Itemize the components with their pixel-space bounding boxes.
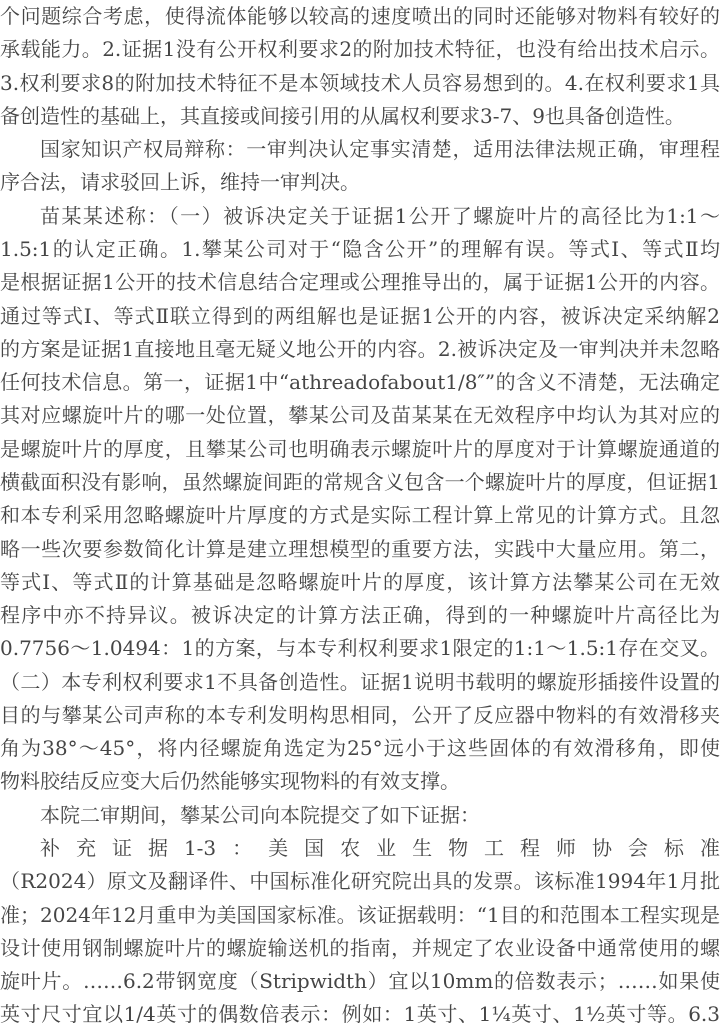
text-line: 目的与攀某公司声称的本专利发明构思相同，公开了反应器中物料的有效滑移夹 bbox=[0, 699, 720, 732]
text-line: 1.5:1的认定正确。1.攀某公司对于“隐含公开”的理解有误。等式Ⅰ、等式Ⅱ均 bbox=[0, 233, 720, 266]
text-line: 程序中亦不持异议。被诉决定的计算方法正确，得到的一种螺旋叶片高径比为 bbox=[0, 599, 720, 632]
text-line: 物料胶结反应变大后仍然能够实现物料的有效支撑。 bbox=[0, 765, 720, 798]
text-line: 苗某某述称：（一）被诉决定关于证据1公开了螺旋叶片的高径比为1:1～ bbox=[0, 200, 720, 233]
text-line: 是螺旋叶片的厚度，且攀某公司也明确表示螺旋叶片的厚度对于计算螺旋通道的 bbox=[0, 433, 720, 466]
text-line: 补充证据1-3：美国农业生物工程师协会标准ANSI/ASAEEP389.2JUN… bbox=[0, 832, 720, 865]
text-line: 准；2024年12月重申为美国国家标准。该证据载明：“1目的和范围本工程实现是 bbox=[0, 899, 720, 932]
text-line: 的方案是证据1直接地且毫无疑义地公开的内容。2.被诉决定及一审判决并未忽略 bbox=[0, 333, 720, 366]
text-line: 国家知识产权局辩称：一审判决认定事实清楚，适用法律法规正确，审理程 bbox=[0, 133, 720, 166]
text-line: 个问题综合考虑，使得流体能够以较高的速度喷出的同时还能够对物料有较好的 bbox=[0, 0, 720, 33]
text-line: 本院二审期间，攀某公司向本院提交了如下证据： bbox=[0, 799, 720, 832]
text-line: 0.7756～1.0494：1的方案，与本专利权利要求1限定的1:1～1.5:1… bbox=[0, 632, 720, 665]
text-line: 横截面积没有影响，虽然螺旋间距的常规含义包含一个螺旋叶片的厚度，但证据1 bbox=[0, 466, 720, 499]
text-line: 等式Ⅰ、等式Ⅱ的计算基础是忽略螺旋叶片的厚度，该计算方法攀某公司在无效 bbox=[0, 566, 720, 599]
text-line: 通过等式Ⅰ、等式Ⅱ联立得到的两组解也是证据1公开的内容，被诉决定采纳解2 bbox=[0, 300, 720, 333]
text-line: 是根据证据1公开的技术信息结合定理或公理推导出的，属于证据1公开的内容。 bbox=[0, 266, 720, 299]
text-line: 设计使用钢制螺旋叶片的螺旋输送机的指南，并规定了农业设备中通常使用的螺 bbox=[0, 932, 720, 965]
text-line: 备创造性的基础上，其直接或间接引用的从属权利要求3-7、9也具备创造性。 bbox=[0, 100, 720, 133]
text-line: 英寸尺寸宜以1/4英寸的偶数倍表示：例如：1英寸、1¼英寸、1½英寸等。6.3带… bbox=[0, 998, 720, 1031]
judgment-document-page: 个问题综合考虑，使得流体能够以较高的速度喷出的同时还能够对物料有较好的 承载能力… bbox=[0, 0, 720, 1032]
text-line: 略一些次要参数简化计算是建立理想模型的重要方法，实践中大量应用。第二， bbox=[0, 533, 720, 566]
text-line: （二）本专利权利要求1不具备创造性。证据1说明书载明的螺旋形插接件设置的 bbox=[0, 666, 720, 699]
text-line: 3.权利要求8的附加技术特征不是本领域技术人员容易想到的。4.在权利要求1具 bbox=[0, 67, 720, 100]
text-line: 角为38°～45°，将内径螺旋角选定为25°远小于这些固体的有效滑移角，即使 bbox=[0, 732, 720, 765]
text-line: 任何技术信息。第一，证据1中“athreadofabout1/8″”的含义不清楚… bbox=[0, 366, 720, 399]
text-line: （R2024）原文及翻译件、中国标准化研究院出具的发票。该标准1994年1月批 bbox=[0, 865, 720, 898]
text-line: 其对应螺旋叶片的哪一处位置，攀某公司及苗某某在无效程序中均认为其对应的 bbox=[0, 399, 720, 432]
text-line: 和本专利采用忽略螺旋叶片厚度的方式是实际工程计算上常见的计算方式。且忽 bbox=[0, 499, 720, 532]
text-line: 承载能力。2.证据1没有公开权利要求2的附加技术特征，也没有给出技术启示。 bbox=[0, 33, 720, 66]
text-line: 序合法，请求驳回上诉，维持一审判决。 bbox=[0, 166, 720, 199]
text-line: 旋叶片。……6.2带钢宽度（Stripwidth）宜以10mm的倍数表示；……如… bbox=[0, 965, 720, 998]
